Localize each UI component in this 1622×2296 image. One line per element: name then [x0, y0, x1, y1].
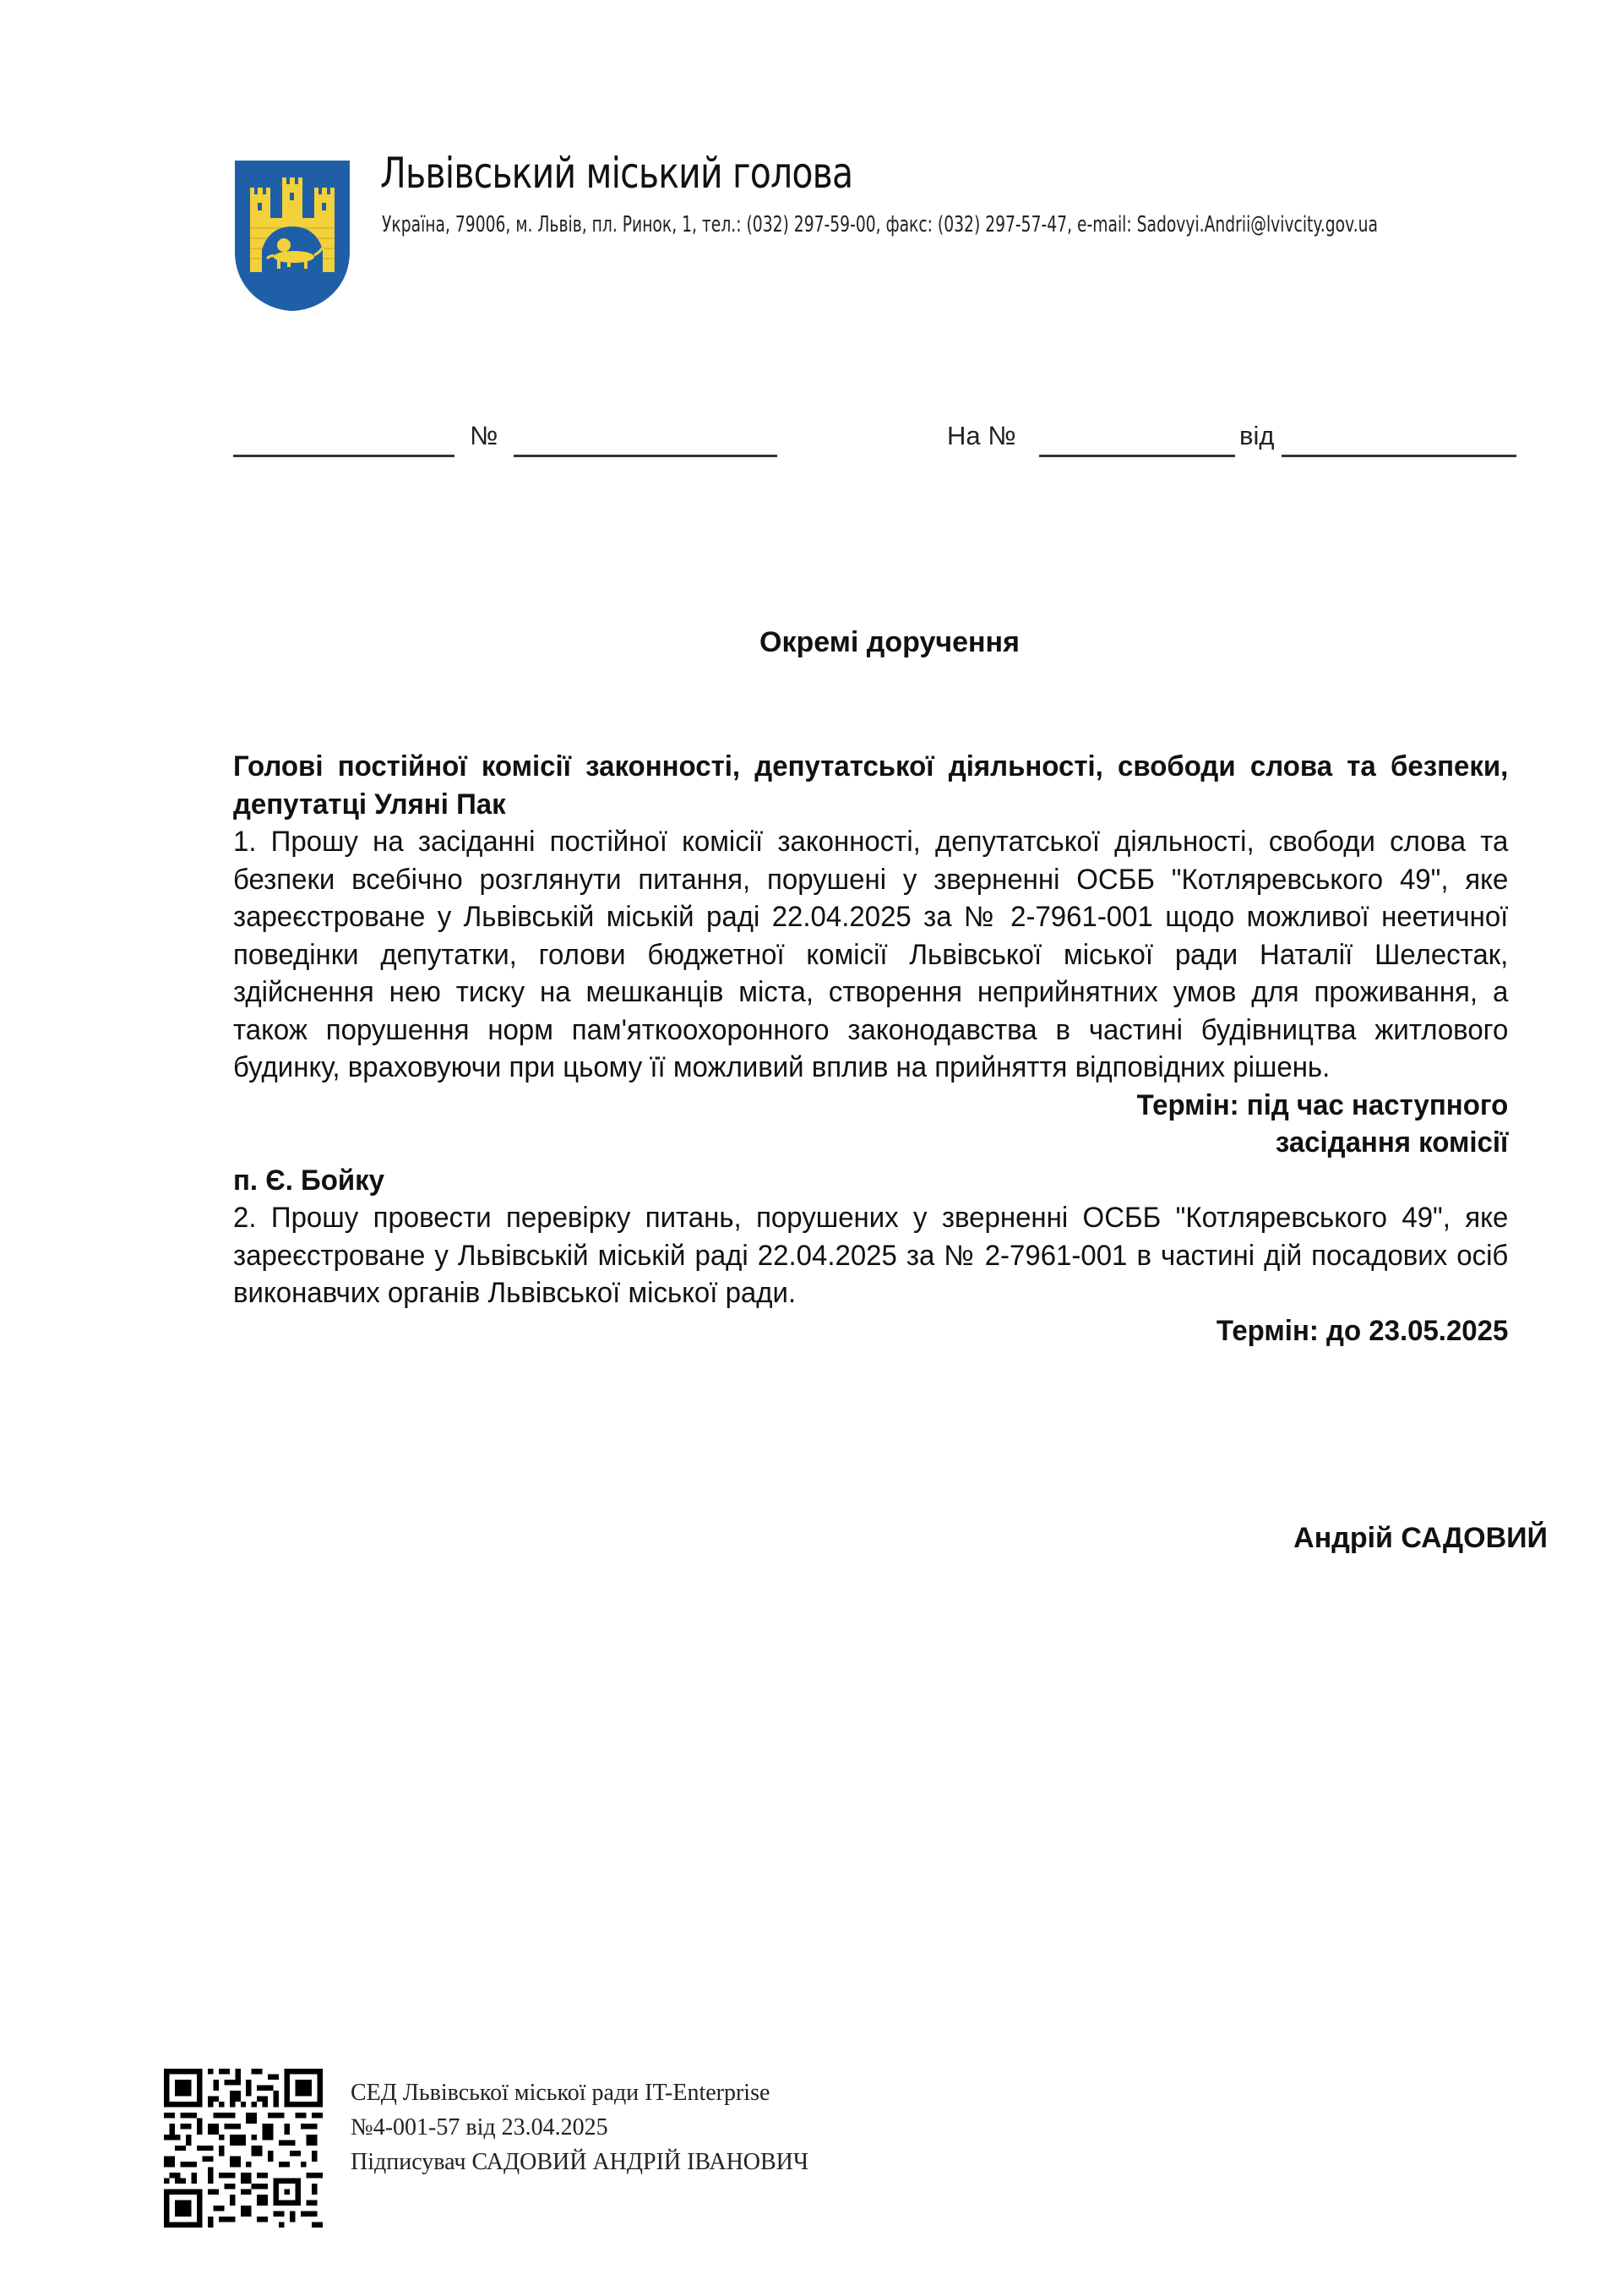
reply-to-label: На № — [947, 419, 1016, 453]
section-1-term-line2: засідання комісії — [233, 1124, 1508, 1162]
org-title: Львівський міський голова — [380, 150, 852, 197]
section-2-addressee: п. Є. Бойку — [233, 1162, 1508, 1200]
outgoing-date-blank — [233, 455, 454, 457]
lviv-coat-of-arms-icon — [233, 159, 351, 313]
section-1-text: 1. Прошу на засіданні постійної комісії … — [233, 823, 1508, 1087]
outgoing-number-blank — [514, 455, 777, 457]
document-body: Голові постійної комісії законності, деп… — [233, 748, 1508, 1350]
reply-date-blank — [1282, 455, 1516, 457]
section-1-addressee: Голові постійної комісії законності, деп… — [233, 748, 1508, 823]
org-address: Україна, 79006, м. Львів, пл. Ринок, 1, … — [382, 213, 1378, 237]
section-1-term-line1: Термін: під час наступного — [233, 1087, 1508, 1125]
reply-number-blank — [1039, 455, 1235, 457]
footer-system-line: СЕД Львівської міської ради IT-Enterpris… — [351, 2075, 808, 2110]
qr-code-icon — [164, 2069, 323, 2228]
number-label: № — [470, 419, 498, 453]
reply-date-label: від — [1239, 419, 1274, 453]
document-title: Окремі доручення — [0, 625, 1622, 659]
footer-registration-line: №4-001-57 від 23.04.2025 — [351, 2110, 808, 2145]
footer-registration-info: СЕД Львівської міської ради IT-Enterpris… — [351, 2075, 808, 2179]
section-2-text: 2. Прошу провести перевірку питань, пору… — [233, 1199, 1508, 1312]
section-2-term: Термін: до 23.05.2025 — [233, 1312, 1508, 1350]
signature: Андрій САДОВИЙ — [1293, 1521, 1548, 1555]
footer-signer-line: Підписувач САДОВИЙ АНДРІЙ ІВАНОВИЧ — [351, 2145, 808, 2179]
